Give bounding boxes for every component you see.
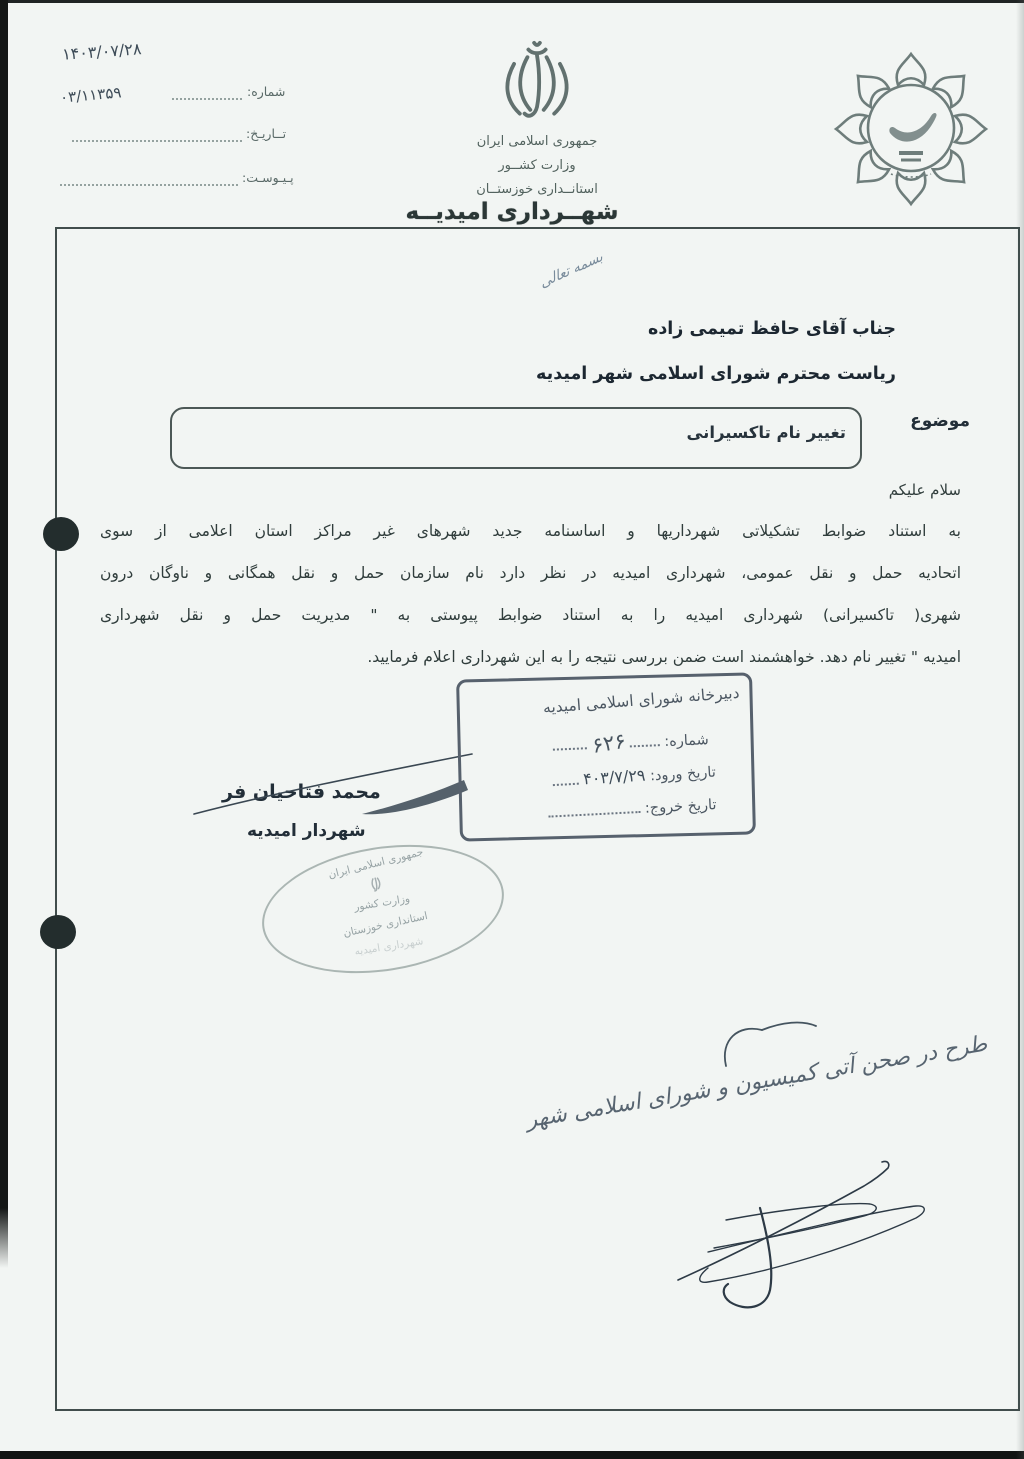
municipality-title: شهــرداری امیدیــه [390, 199, 635, 225]
issuer-ministry: وزارت کشــور [417, 154, 657, 178]
stamp-number-dots-right [629, 733, 660, 747]
stamp-number-dots-left [552, 736, 587, 750]
stamp-number-label: شماره: [664, 732, 709, 750]
municipality-logo-icon [832, 50, 990, 208]
number-field-dots [172, 86, 242, 100]
iran-emblem-icon [484, 40, 590, 128]
scanned-letter-page: ۱۴۰۳/۰۷/۲۸ شماره: ۰۳/۱۱۳۵۹ تــاریـخ: پـی… [0, 0, 1024, 1459]
scan-edge-left-fade [0, 1208, 8, 1268]
date-field-dots [72, 128, 242, 142]
stamp-entry-row: تاریخ ورود: ۴۰۳/۷/۲۹ [552, 761, 716, 790]
punch-hole-top [43, 517, 79, 551]
scan-edge-top [0, 0, 1024, 3]
stamp-title: دبیرخانه شورای اسلامی امیدیه [542, 684, 740, 717]
issuer-country: جمهوری اسلامی ایران [417, 130, 657, 154]
stamp-exit-dots [548, 800, 641, 818]
punch-hole-bottom [40, 915, 76, 949]
attachment-field-label: پـیـوسـت: [242, 170, 294, 185]
approver-signature [650, 1150, 990, 1320]
stamp-exit-label: تاریخ خروج: [644, 797, 716, 817]
stamp-entry-label: تاریخ ورود: [649, 764, 716, 784]
council-secretariat-stamp: دبیرخانه شورای اسلامی امیدیه شماره: ۶۲۶ … [456, 672, 756, 841]
logo-petals [836, 54, 986, 204]
scan-edge-bottom [0, 1451, 1024, 1459]
stamp-number-row: شماره: ۶۲۶ [552, 725, 709, 756]
date-field-label: تــاریـخ: [246, 126, 286, 141]
handwritten-number: ۰۳/۱۱۳۵۹ [59, 83, 122, 106]
stamp-entry-value: ۴۰۳/۷/۲۹ [582, 766, 645, 789]
number-field-label: شماره: [247, 84, 285, 99]
signatory-signature-stroke [180, 748, 500, 838]
scan-edge-left [0, 0, 8, 1208]
attachment-field-dots [60, 172, 238, 186]
stamp-entry-dots [552, 772, 579, 787]
stamp-exit-row: تاریخ خروج: [548, 796, 717, 821]
issuer-block: جمهوری اسلامی ایران وزارت کشــور استانــ… [417, 130, 657, 202]
seal-emblem-icon [364, 872, 389, 895]
handwritten-date: ۱۴۰۳/۰۷/۲۸ [61, 39, 142, 64]
stamp-number-value: ۶۲۶ [590, 729, 627, 758]
